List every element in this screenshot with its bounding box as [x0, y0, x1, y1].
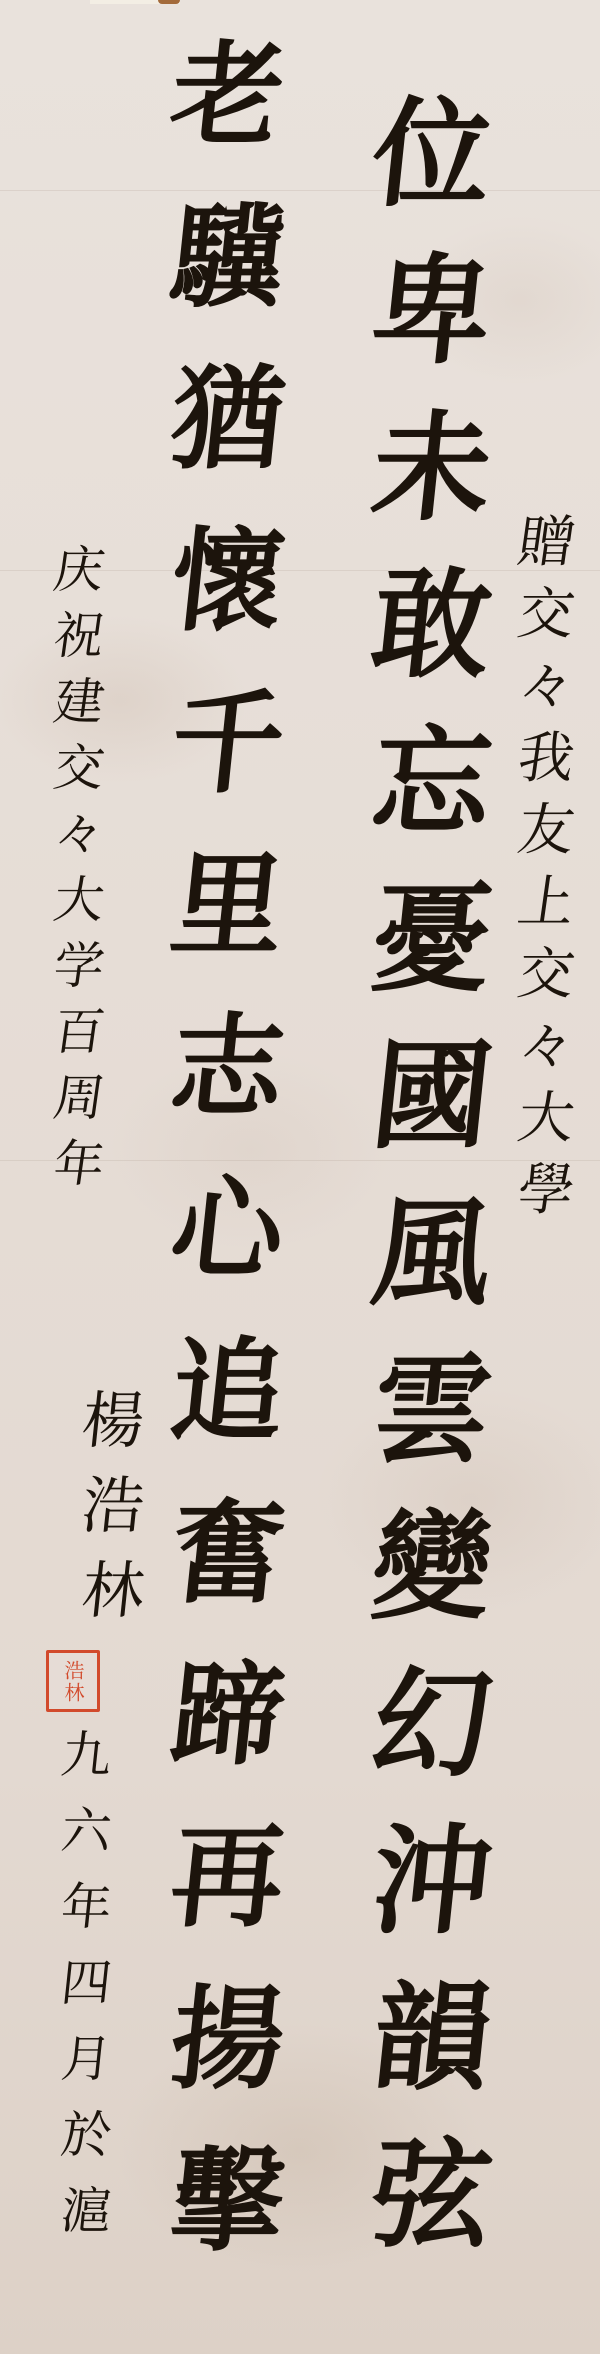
glyph: 庆 — [48, 545, 107, 611]
glyph: 百 — [48, 1007, 107, 1073]
glyph: 弦 — [363, 2136, 498, 2293]
glyph: 九 — [56, 1730, 114, 1806]
dedication-inscription: 贈 交 々 我 友 上 交 々 大 學 — [505, 515, 585, 1235]
date-inscription: 九 六 年 四 月 於 滬 — [45, 1730, 125, 2262]
calligraphy-scroll: 位 卑 未 敢 忘 憂 國 風 雲 變 幻 沖 韻 弦 老 驥 猶 懷 千 里 … — [0, 0, 600, 2354]
glyph: 忘 — [363, 723, 498, 880]
glyph: 雲 — [363, 1351, 498, 1508]
glyph: 未 — [363, 409, 498, 566]
glyph: 沖 — [363, 1822, 498, 1979]
glyph: 擊 — [160, 2146, 289, 2308]
glyph: 學 — [512, 1163, 578, 1235]
glyph: 變 — [363, 1508, 498, 1665]
glyph: 韻 — [363, 1979, 498, 2136]
glyph: 大 — [512, 1091, 578, 1163]
glyph: 年 — [56, 1882, 114, 1958]
glyph: 六 — [56, 1806, 114, 1882]
glyph: 千 — [160, 688, 289, 850]
glyph: 蹄 — [160, 1660, 289, 1822]
glyph: 我 — [512, 731, 578, 803]
glyph: 々 — [512, 1019, 578, 1091]
seal-glyph: 浩 — [63, 1660, 83, 1680]
main-text-right-column: 位 卑 未 敢 忘 憂 國 風 雲 變 幻 沖 韻 弦 — [330, 95, 530, 2293]
glyph: 友 — [512, 803, 578, 875]
glyph: 里 — [160, 850, 289, 1012]
glyph: 敢 — [363, 566, 498, 723]
glyph: 揚 — [160, 1984, 289, 2146]
artist-signature: 楊 浩 林 — [62, 1390, 162, 1645]
glyph: 々 — [48, 809, 107, 875]
glyph: 学 — [48, 941, 107, 1007]
glyph: 懷 — [160, 526, 289, 688]
glyph: 交 — [48, 743, 107, 809]
glyph: 再 — [160, 1822, 289, 1984]
glyph: 奮 — [160, 1498, 289, 1660]
glyph: 上 — [512, 875, 578, 947]
glyph: 建 — [48, 677, 107, 743]
glyph: 月 — [56, 2034, 114, 2110]
glyph: 志 — [160, 1012, 289, 1174]
glyph: 浩 — [77, 1475, 148, 1560]
glyph: 贈 — [512, 515, 578, 587]
seal-glyph: 林 — [63, 1682, 83, 1702]
glyph: 老 — [160, 40, 289, 202]
glyph: 於 — [56, 2110, 114, 2186]
glyph: 幻 — [363, 1665, 498, 1822]
glyph: 四 — [56, 1958, 114, 2034]
glyph: 國 — [363, 1037, 498, 1194]
glyph: 林 — [77, 1560, 148, 1645]
glyph: 交 — [512, 587, 578, 659]
glyph: 々 — [512, 659, 578, 731]
glyph: 祝 — [48, 611, 107, 677]
glyph: 猶 — [160, 364, 289, 526]
glyph: 大 — [48, 875, 107, 941]
glyph: 憂 — [363, 880, 498, 1037]
glyph: 位 — [363, 95, 498, 252]
glyph: 卑 — [363, 252, 498, 409]
mount-edge — [90, 0, 180, 4]
glyph: 驥 — [160, 202, 289, 364]
glyph: 年 — [48, 1139, 107, 1205]
glyph: 心 — [160, 1174, 289, 1336]
glyph: 追 — [160, 1336, 289, 1498]
glyph: 交 — [512, 947, 578, 1019]
red-seal-stamp: 浩 林 — [46, 1650, 100, 1712]
glyph: 周 — [48, 1073, 107, 1139]
glyph: 滬 — [56, 2186, 114, 2262]
glyph: 風 — [363, 1194, 498, 1351]
glyph: 楊 — [77, 1390, 148, 1475]
celebration-inscription: 庆 祝 建 交 々 大 学 百 周 年 — [38, 545, 118, 1205]
main-text-middle-column: 老 驥 猶 懷 千 里 志 心 追 奮 蹄 再 揚 擊 — [130, 40, 320, 2308]
